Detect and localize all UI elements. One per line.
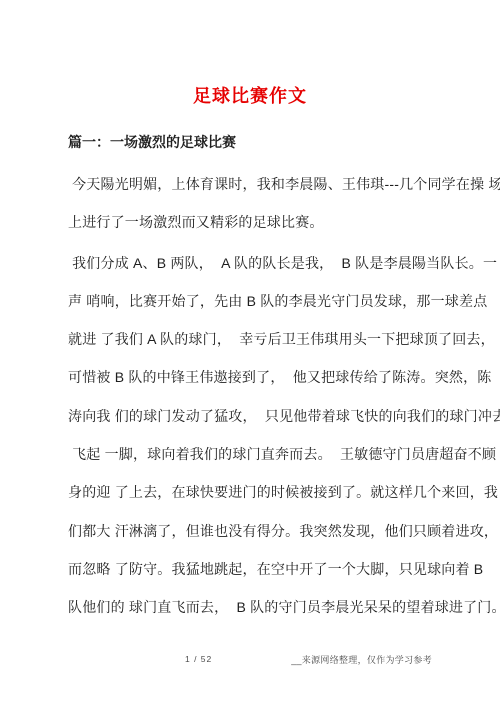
text-line: 飞起 一脚，球向着我们的球门直奔而去。 王敏德守门员唐超奋不顾 [68, 435, 470, 473]
text-line: 今天陽光明媚，上体育课时，我和李晨陽、王伟琪---几个同学在操 场 [68, 165, 470, 203]
paragraph: 今天陽光明媚，上体育课时，我和李晨陽、王伟琪---几个同学在操 场上进行了一场激… [68, 165, 470, 242]
text-line: 可惜被 B 队的中锋王伟遨接到了， 他又把球传给了陈涛。突然，陈 [68, 358, 470, 396]
document-body: 篇一：一场激烈的足球比赛 今天陽光明媚，上体育课时，我和李晨陽、王伟琪---几个… [68, 130, 470, 627]
document-title: 足球比赛作文 [0, 0, 500, 108]
text-line: 我们分成 A、B 两队， A 队的队长是我， B 队是李晨陽当队长。一 [68, 244, 470, 282]
text-line: 声 哨响，比赛开始了，先由 B 队的李晨光守门员发球，那一球差点 [68, 282, 470, 320]
source-note: __来源网络整理，仅作为学习参考 [291, 653, 432, 666]
section-heading: 篇一：一场激烈的足球比赛 [68, 130, 470, 154]
paragraphs: 今天陽光明媚，上体育课时，我和李晨陽、王伟琪---几个同学在操 场上进行了一场激… [68, 165, 470, 627]
text-line: 身的迎 了上去，在球快要进门的时候被接到了。就这样几个来回，我 [68, 473, 470, 511]
text-line: 涛向我 们的球门发动了猛攻， 只见他带着球飞快的向我们的球门冲去， [68, 397, 470, 435]
text-line: 而忽略 了防守。我猛地跳起，在空中开了一个大脚，只见球向着 B [68, 550, 470, 588]
text-line: 上进行了一场激烈而又精彩的足球比赛。 [68, 203, 470, 241]
document-page: 足球比赛作文 篇一：一场激烈的足球比赛 今天陽光明媚，上体育课时，我和李晨陽、王… [0, 0, 500, 708]
page-footer: 1 / 52 __来源网络整理，仅作为学习参考 [0, 652, 500, 668]
paragraph: 我们分成 A、B 两队， A 队的队长是我， B 队是李晨陽当队长。一声 哨响，… [68, 244, 470, 627]
text-line: 就进 了我们 A 队的球门， 幸亏后卫王伟琪用头一下把球顶了回去， [68, 320, 470, 358]
text-line: 队他们的 球门直飞而去， B 队的守门员李晨光呆呆的望着球进了门。 [68, 588, 470, 626]
page-number-indicator: 1 / 52 [185, 654, 212, 664]
text-line: 们都大 汗淋漓了，但谁也没有得分。我突然发现，他们只顾着进攻， [68, 512, 470, 550]
